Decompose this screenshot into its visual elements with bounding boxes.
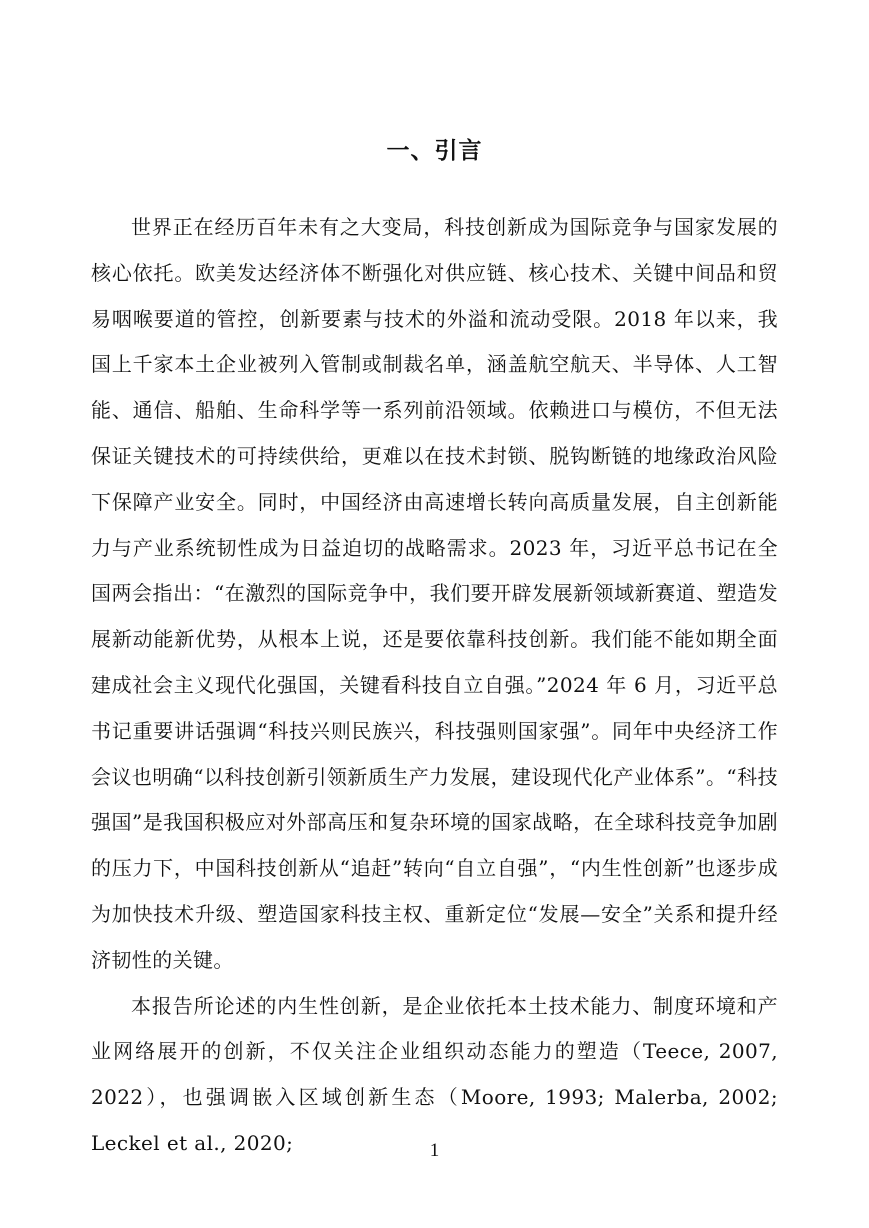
page-number: 1 xyxy=(0,1140,869,1162)
document-body: 世界正在经历百年未有之大变局，科技创新成为国际竞争与国家发展的核心依托。欧美发达… xyxy=(91,205,778,1167)
paragraph: 世界正在经历百年未有之大变局，科技创新成为国际竞争与国家发展的核心依托。欧美发达… xyxy=(91,205,778,984)
section-title: 一、引言 xyxy=(0,132,869,165)
